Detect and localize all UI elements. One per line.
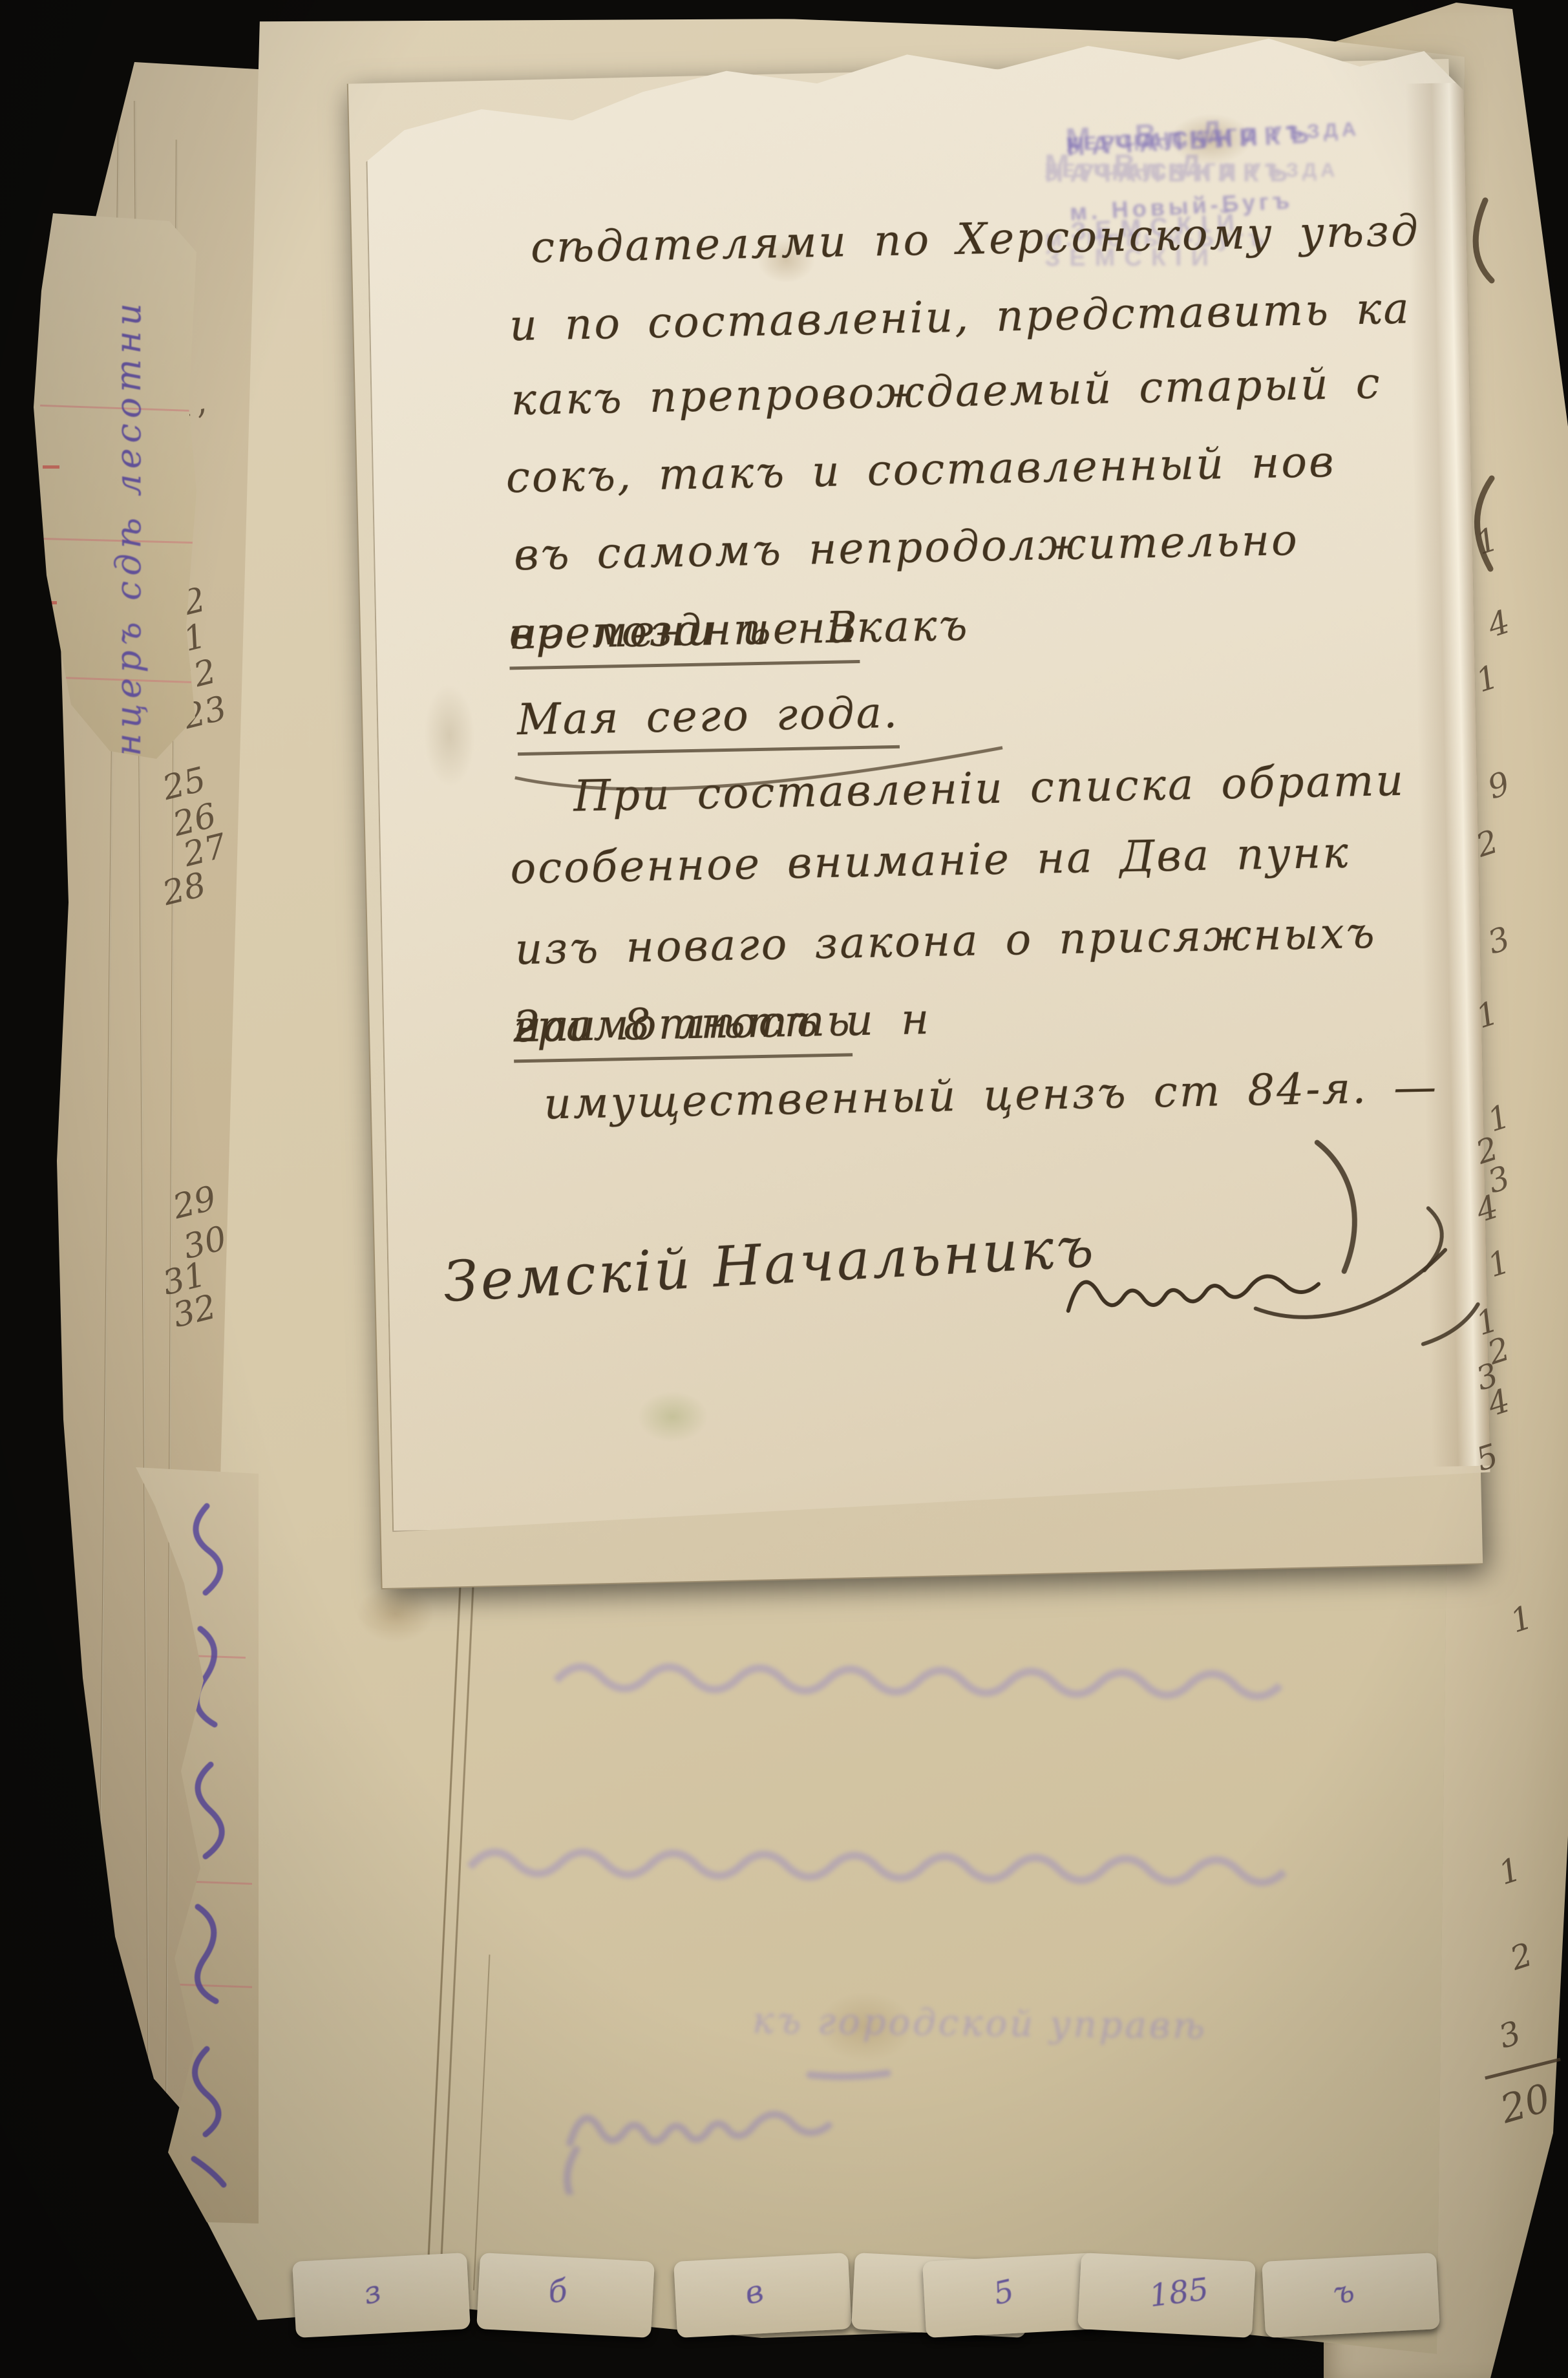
tally-number: 3 [1484, 922, 1514, 959]
tally-number: 4 [1484, 605, 1514, 642]
tally-number: 1 [1472, 996, 1502, 1033]
right-margin-tallies: 141923112341123451123 [0, 0, 1568, 2378]
tally-number: 1 [1484, 1245, 1514, 1282]
tally-number: 9 [1484, 767, 1514, 803]
tally-number: 1 [1507, 1600, 1536, 1637]
tally-number: 2 [1507, 1938, 1536, 1975]
archival-photo: 141923112341123451123 20 1.1,22122232526… [0, 0, 1568, 2378]
tally-number: 1 [1495, 1853, 1525, 1889]
tally-number: 1 [1472, 522, 1502, 559]
tally-number: 2 [1472, 825, 1502, 862]
tally-number: 4 [1484, 1384, 1514, 1421]
tally-number: 5 [1472, 1439, 1502, 1476]
tally-number: 3 [1495, 2016, 1525, 2053]
tally-number: 1 [1472, 660, 1502, 697]
